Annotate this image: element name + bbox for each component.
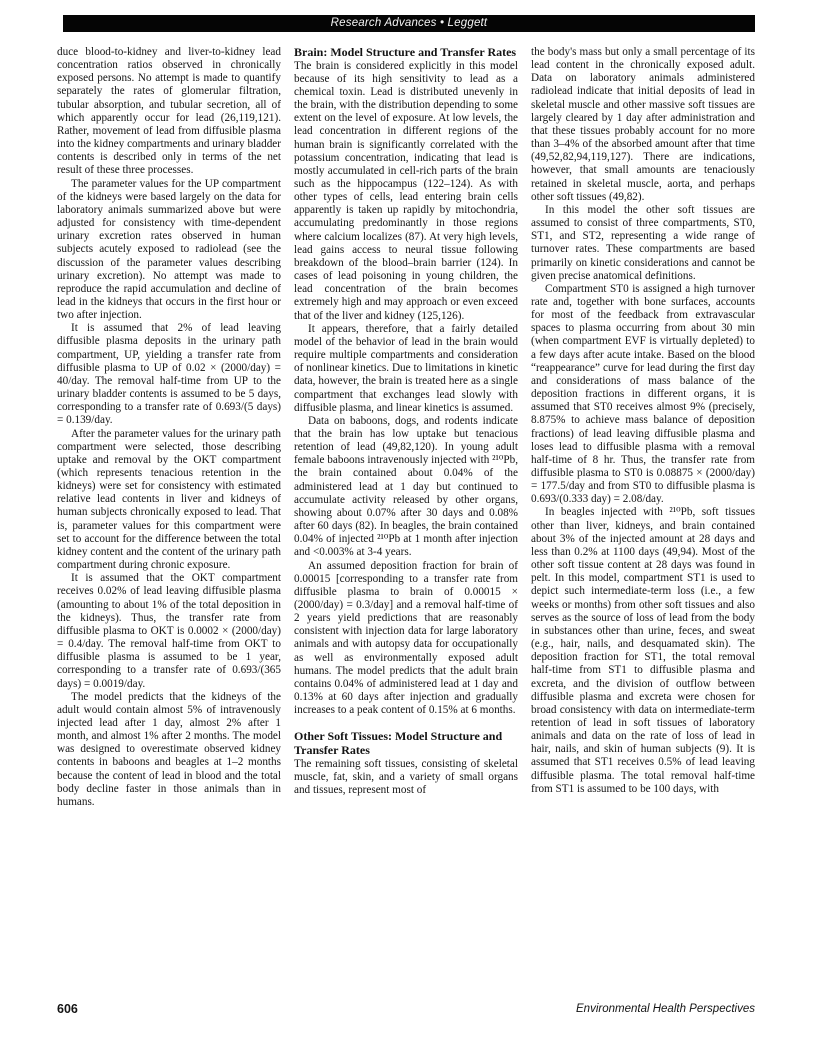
paragraph: In beagles injected with ²¹⁰Pb, soft tis… (531, 506, 755, 795)
paragraph: The parameter values for the UP compartm… (57, 178, 281, 323)
paragraph: Data on baboons, dogs, and rodents indic… (294, 415, 518, 560)
paragraph: It is assumed that the OKT compartment r… (57, 572, 281, 690)
column-1: duce blood-to-kidney and liver-to-kidney… (57, 46, 281, 809)
paragraph: It is assumed that 2% of lead leaving di… (57, 322, 281, 427)
paragraph: Compartment ST0 is assigned a high turno… (531, 283, 755, 507)
paragraph: In this model the other soft tissues are… (531, 204, 755, 283)
section-heading-brain: Brain: Model Structure and Transfer Rate… (294, 46, 518, 60)
section-heading-other-soft-tissues: Other Soft Tissues: Model Structure and … (294, 730, 518, 757)
paragraph: After the parameter values for the urina… (57, 428, 281, 573)
paragraph: the body's mass but only a small percent… (531, 46, 755, 204)
column-2: Brain: Model Structure and Transfer Rate… (294, 46, 518, 809)
journal-page: Research Advances • Leggett duce blood-t… (0, 0, 816, 1043)
paragraph: An assumed deposition fraction for brain… (294, 560, 518, 718)
paragraph: duce blood-to-kidney and liver-to-kidney… (57, 46, 281, 178)
paragraph: It appears, therefore, that a fairly det… (294, 323, 518, 415)
page-number: 606 (57, 1002, 78, 1016)
page-content: duce blood-to-kidney and liver-to-kidney… (57, 46, 755, 809)
paragraph: The brain is considered explicitly in th… (294, 60, 518, 323)
running-header: Research Advances • Leggett (63, 15, 755, 32)
paragraph: The model predicts that the kidneys of t… (57, 691, 281, 809)
journal-name: Environmental Health Perspectives (576, 1003, 755, 1015)
column-3: the body's mass but only a small percent… (531, 46, 755, 809)
paragraph: The remaining soft tissues, consisting o… (294, 758, 518, 797)
